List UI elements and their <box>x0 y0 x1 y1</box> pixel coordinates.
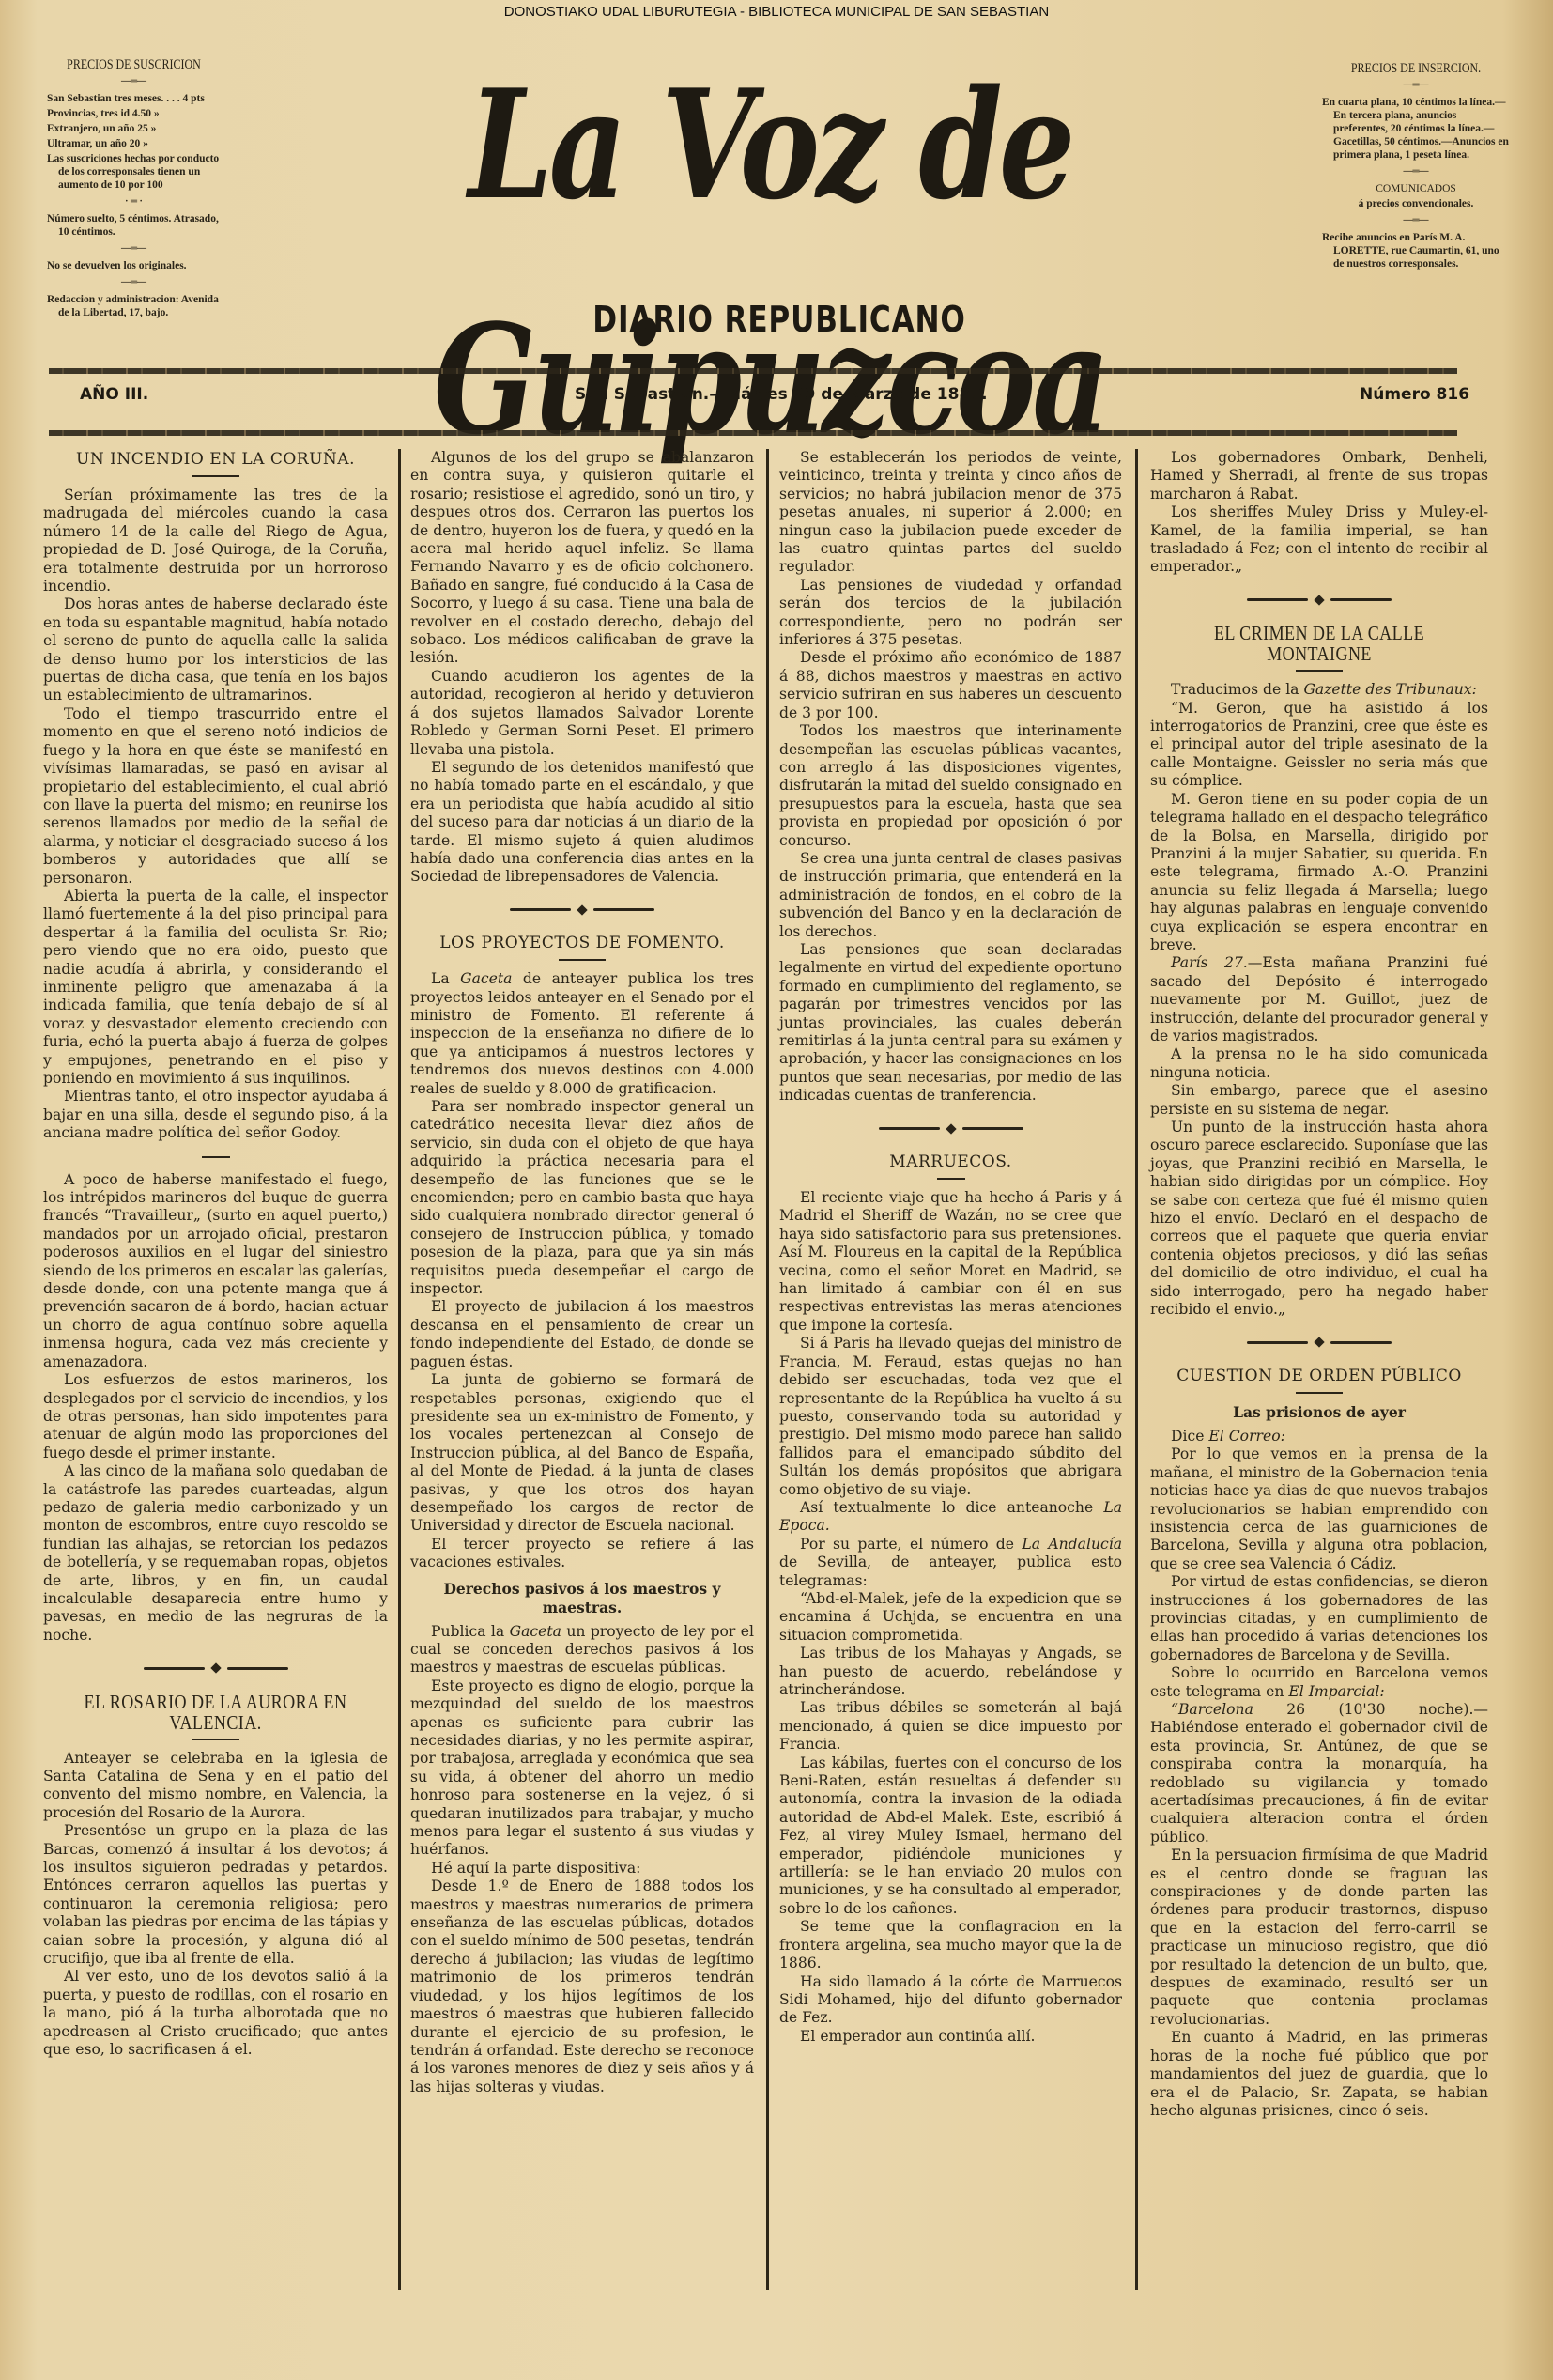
article-subtitle: Derechos pasivos á los maestros y maestr… <box>410 1580 754 1617</box>
paragraph: Presentóse un grupo en la plaza de las B… <box>43 1822 388 1968</box>
archive-header: DONOSTIAKO UDAL LIBURUTEGIA - BIBLIOTECA… <box>0 4 1553 20</box>
paragraph: Desde el próximo año económico de 1887 á… <box>779 649 1122 722</box>
masthead: La Voz de Guipuzcoa <box>239 75 1300 282</box>
article-title: MARRUECOS. <box>779 1151 1122 1172</box>
paragraph: Desde 1.º de Enero de 1888 todos los mae… <box>410 1878 754 2096</box>
paragraph: Se teme que la conflagracion en la front… <box>779 1918 1122 1972</box>
ornament-divider: —═— <box>1322 165 1510 178</box>
title-underline <box>192 475 239 477</box>
paragraph: Al ver esto, uno de los devotos salió á … <box>43 1968 388 2059</box>
price-line: Provincias, tres id 4.50 » <box>47 107 221 120</box>
ornament-divider: —═— <box>47 276 221 289</box>
column-divider <box>1135 449 1138 2290</box>
price-line: San Sebastian tres meses. . . . 4 pts <box>47 92 221 105</box>
fleuron-divider <box>1150 1334 1488 1352</box>
paragraph: Los gobernadores Ombark, Benheli, Hamed … <box>1150 449 1488 503</box>
paragraph: A poco de haberse manifestado el fuego, … <box>43 1171 388 1371</box>
paragraph: Dos horas antes de haberse declarado ést… <box>43 595 388 704</box>
single-issue-price: Número suelto, 5 céntimos. Atrasado, 10 … <box>47 212 221 239</box>
ornament-divider: —═— <box>47 242 221 255</box>
title-underline <box>559 959 606 961</box>
paragraph: Abierta la puerta de la calle, el inspec… <box>43 888 388 1088</box>
advertising-heading: PRECIOS DE INSERCION. <box>1341 62 1491 75</box>
paragraph: Hé aquí la parte dispositiva: <box>410 1860 754 1878</box>
title-underline <box>192 1739 239 1740</box>
title-underline <box>937 1178 965 1180</box>
header-rule-bottom <box>49 430 1457 436</box>
paragraph: La junta de gobierno se formará de respe… <box>410 1371 754 1536</box>
paragraph: Así textualmente lo dice anteanoche La E… <box>779 1499 1122 1536</box>
column-2: Algunos de los del grupo se abalanzaron … <box>410 449 754 2096</box>
column-4: Los gobernadores Ombark, Benheli, Hamed … <box>1150 449 1488 2120</box>
advertising-box: PRECIOS DE INSERCION. —═— En cuarta plan… <box>1322 62 1510 272</box>
title-underline <box>1296 670 1343 672</box>
fleuron-divider <box>779 1120 1122 1138</box>
paragraph: Todos los maestros que interinamente des… <box>779 722 1122 850</box>
comunicados-text: á precios convencionales. <box>1322 197 1510 210</box>
paragraph: Se establecerán los periodos de veinte, … <box>779 449 1122 577</box>
price-line: Ultramar, un año 20 » <box>47 137 221 150</box>
column-divider <box>398 449 401 2290</box>
ornament-divider: —═— <box>1322 79 1510 92</box>
paragraph: París 27.—Esta mañana Pranzini fué sacad… <box>1150 954 1488 1045</box>
column-1: UN INCENDIO EN LA CORUÑA. Serían próxima… <box>43 449 388 2060</box>
paragraph: Algunos de los del grupo se abalanzaron … <box>410 449 754 668</box>
column-3: Se establecerán los periodos de veinte, … <box>779 449 1122 2046</box>
subscription-box: PRECIOS DE SUSCRICION —═— San Sebastian … <box>47 58 221 321</box>
originals-note: No se devuelven los originales. <box>47 259 221 272</box>
column-divider <box>766 449 769 2290</box>
paragraph: Las tribus débiles se someterán al bajá … <box>779 1699 1122 1754</box>
ornament-divider: —═— <box>47 75 221 88</box>
paragraph: Este proyecto es digno de elogio, porque… <box>410 1677 754 1860</box>
editorial-address: Redaccion y administracion: Avenida de l… <box>47 293 221 319</box>
issue-year: AÑO III. <box>80 385 148 404</box>
fleuron-divider <box>1150 592 1488 610</box>
issue-dateline: San Sebastian.—Mártes 29 de Marzo de 188… <box>575 385 988 404</box>
subscription-heading: PRECIOS DE SUSCRICION <box>65 58 204 71</box>
ad-rates: En cuarta plana, 10 céntimos la línea.—E… <box>1322 96 1510 162</box>
paragraph: Todo el tiempo trascurrido entre el mome… <box>43 705 388 888</box>
paragraph: A la prensa no le ha sido comunicada nin… <box>1150 1045 1488 1082</box>
paragraph: Las tribus de los Mahayas y Angads, se h… <box>779 1645 1122 1699</box>
article-subtitle: Las prisionos de ayer <box>1150 1403 1488 1422</box>
paragraph: La Gaceta de anteayer publica los tres p… <box>410 970 754 1098</box>
paragraph: Sobre lo ocurrido en Barcelona vemos est… <box>1150 1664 1488 1701</box>
paragraph: Anteayer se celebraba en la iglesia de S… <box>43 1750 388 1823</box>
paragraph: “Abd-el-Malek, jefe de la expedicion que… <box>779 1590 1122 1645</box>
paragraph: M. Geron tiene en su poder copia de un t… <box>1150 791 1488 955</box>
paragraph: En cuanto á Madrid, en las primeras hora… <box>1150 2029 1488 2120</box>
price-line: Extranjero, un año 25 » <box>47 122 221 135</box>
paragraph: Las kábilas, fuertes con el concurso de … <box>779 1754 1122 1919</box>
paragraph: Por su parte, el número de La Andalucía … <box>779 1536 1122 1590</box>
fleuron-divider <box>410 902 754 920</box>
paragraph: “Barcelona 26 (10'30 noche).—Habiéndose … <box>1150 1701 1488 1847</box>
paragraph: Los sheriffes Muley Driss y Muley-el-Kam… <box>1150 503 1488 577</box>
section-dash <box>202 1156 230 1158</box>
paragraph: Se crea una junta central de clases pasi… <box>779 850 1122 941</box>
newspaper-title: La Voz de Guipuzcoa <box>239 28 1300 498</box>
paragraph: “M. Geron, que ha asistido á los interro… <box>1150 700 1488 791</box>
paragraph: Traducimos de la Gazette des Tribunaux: <box>1150 681 1488 699</box>
paragraph: A las cinco de la mañana solo quedaban d… <box>43 1462 388 1645</box>
paragraph: Cuando acudieron los agentes de la autor… <box>410 668 754 759</box>
newspaper-page: DONOSTIAKO UDAL LIBURUTEGIA - BIBLIOTECA… <box>0 0 1553 2380</box>
paragraph: El tercer proyecto se refiere á las vaca… <box>410 1536 754 1572</box>
paragraph: Serían próximamente las tres de la madru… <box>43 487 388 595</box>
article-title: UN INCENDIO EN LA CORUÑA. <box>43 449 388 470</box>
paragraph: Para ser nombrado inspector general un c… <box>410 1098 754 1298</box>
paragraph: Sin embargo, parece que el asesino persi… <box>1150 1082 1488 1119</box>
paris-agent: Recibe anuncios en París M. A. LORETTE, … <box>1322 231 1510 270</box>
article-title: CUESTION DE ORDEN PÚBLICO <box>1150 1366 1488 1386</box>
paragraph: El reciente viaje que ha hecho á Paris y… <box>779 1189 1122 1335</box>
paragraph: Si á Paris ha llevado quejas del ministr… <box>779 1335 1122 1499</box>
price-note: Las suscriciones hechas por conducto de … <box>47 152 221 192</box>
ornament-divider: —═— <box>1322 214 1510 227</box>
issue-number: Número 816 <box>1360 385 1469 404</box>
newspaper-subtitle: DIARIO REPUBLICANO <box>587 299 972 340</box>
paragraph: Publica la Gaceta un proyecto de ley por… <box>410 1623 754 1677</box>
article-title: EL CRIMEN DE LA CALLE MONTAIGNE <box>1174 623 1465 664</box>
paragraph: Dice El Correo: <box>1150 1428 1488 1445</box>
article-title: EL ROSARIO DE LA AURORA EN VALENCIA. <box>68 1692 364 1733</box>
title-underline <box>1296 1392 1343 1394</box>
paragraph: Por lo que vemos en la prensa de la maña… <box>1150 1445 1488 1573</box>
comunicados-heading: COMUNICADOS <box>1322 182 1510 195</box>
article-title: LOS PROYECTOS DE FOMENTO. <box>410 933 754 953</box>
paragraph: Las pensiones que sean declaradas legalm… <box>779 941 1122 1105</box>
paragraph: Por virtud de estas confidencias, se die… <box>1150 1573 1488 1664</box>
ornament-divider: · ═ · <box>47 195 221 209</box>
paragraph: Las pensiones de viudedad y orfandad ser… <box>779 577 1122 650</box>
paragraph: El proyecto de jubilacion á los maestros… <box>410 1298 754 1371</box>
paragraph: En la persuacion firmísima de que Madrid… <box>1150 1847 1488 2029</box>
paragraph: El segundo de los detenidos manifestó qu… <box>410 759 754 887</box>
paragraph: Los esfuerzos de estos marineros, los de… <box>43 1371 388 1462</box>
fleuron-divider <box>43 1660 388 1677</box>
header-rule-top <box>49 368 1457 374</box>
paragraph: Un punto de la instrucción hasta ahora o… <box>1150 1119 1488 1319</box>
paragraph: Mientras tanto, el otro inspector ayudab… <box>43 1088 388 1142</box>
paragraph: Ha sido llamado á la córte de Marruecos … <box>779 1973 1122 2028</box>
paragraph: El emperador aun continúa allí. <box>779 2028 1122 2046</box>
